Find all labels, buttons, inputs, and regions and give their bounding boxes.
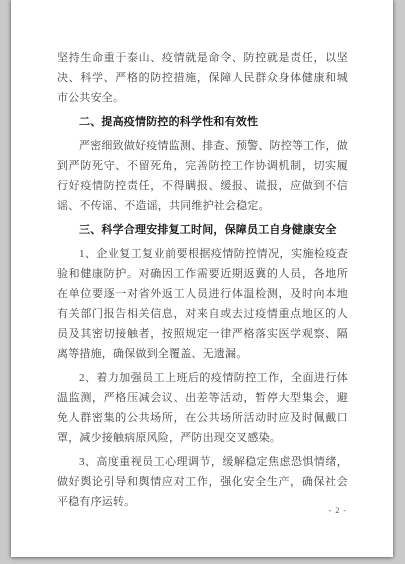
section-heading-2: 二、提高疫情防控的科学性和有效性 <box>57 112 348 132</box>
page-number: - 2 - <box>329 506 347 515</box>
section-2-paragraph: 严密细致做好疫情监测、排查、预警、防控等工作，做到严防死守、不留死角，完善防控工… <box>57 136 348 216</box>
paragraph-continuation: 坚持生命重于泰山、疫情就是命令、防控就是责任，以坚决、科学、严格的防控措施，保障… <box>57 48 348 108</box>
section-3-paragraph-2: 2、着力加强员工上班后的疫情防控工作，全面进行体温监测，严格压减会议、出差等活动… <box>57 368 348 448</box>
section-3-paragraph-1: 1、企业复工复业前要根据疫情防控情况，实施检疫查验和健康防护。对确因工作需要近期… <box>57 244 348 364</box>
section-heading-3: 三、科学合理安排复工时间，保障员工自身健康安全 <box>57 220 348 240</box>
section-3-paragraph-3: 3、高度重视员工心理调节，缓解稳定焦虑恐惧情绪，做好舆论引导和舆情应对工作，强化… <box>57 452 348 512</box>
document-page: 坚持生命重于泰山、疫情就是命令、防控就是责任，以坚决、科学、严格的防控措施，保障… <box>11 0 393 557</box>
